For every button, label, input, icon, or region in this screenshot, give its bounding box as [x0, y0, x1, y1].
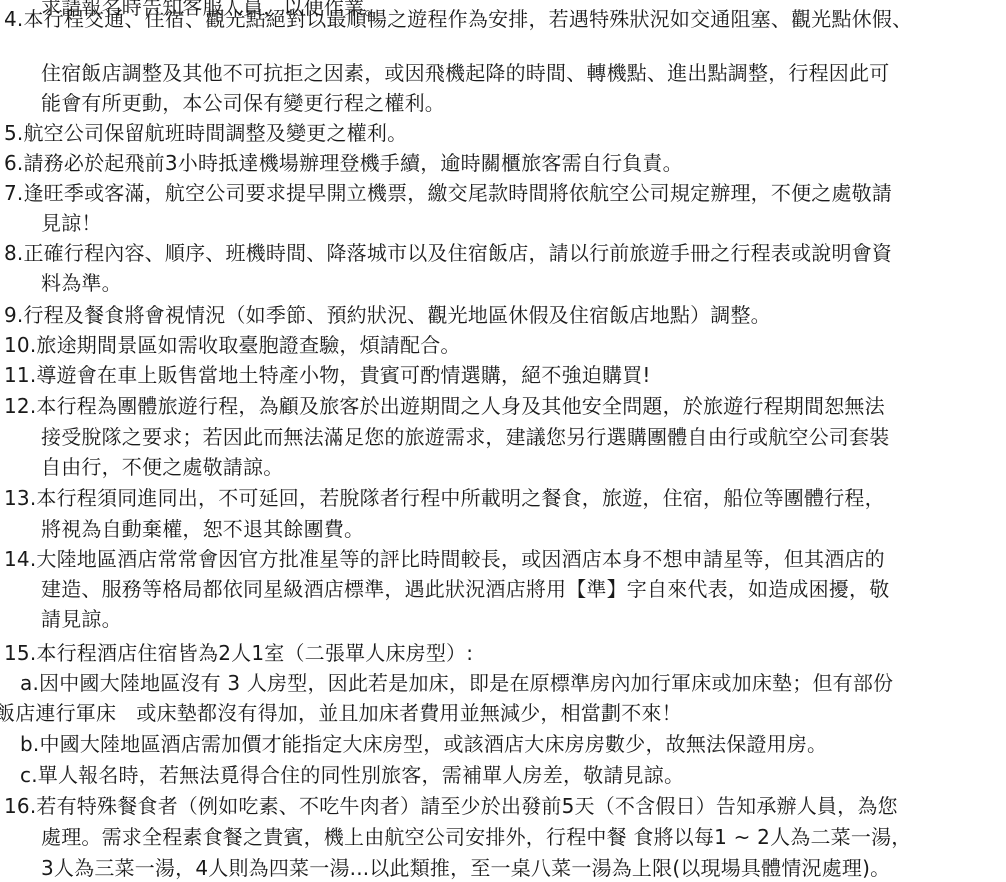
notice-text-line: 7.逢旺季或客滿，航空公司要求提早開立機票，繳交尾款時間將依航空公司規定辦理，不…: [4, 180, 892, 206]
notice-text-line: 11.導遊會在車上販售當地土特產小物，貴賓可酌情選購，絕不強迫購買!: [4, 362, 651, 388]
notice-text-line: 自由行，不便之處敬請諒。: [41, 454, 283, 480]
notice-text-line: 將視為自動棄權，恕不退其餘團費。: [41, 516, 364, 542]
notice-text-line: 6.請務必於起飛前3小時抵達機場辦理登機手續，逾時關櫃旅客需自行負責。: [4, 150, 683, 176]
notice-text-line: 16.若有特殊餐食者（例如吃素、不吃牛肉者）請至少於出發前5天（不含假日）告知承…: [4, 793, 898, 819]
notice-text-line: a.因中國大陸地區沒有 3 人房型，因此若是加床，即是在原標準房內加行軍床或加床…: [20, 670, 893, 696]
notice-text-line: 9.行程及餐食將會視情況（如季節、預約狀況、觀光地區休假及住宿飯店地點）調整。: [4, 302, 771, 328]
notice-text-line: 建造、服務等格局都依同星級酒店標準，遇此狀況酒店將用【準】字自來代表，如造成困擾…: [41, 576, 889, 602]
notice-text-line: 10.旅途期間景區如需收取臺胞證查驗，煩請配合。: [4, 332, 461, 358]
notice-text-line: 請見諒。: [41, 606, 122, 632]
notice-text-line: 3人為三菜一湯，4人則為四菜一湯...以此類推，至一桌八菜一湯為上限(以現場具體…: [41, 855, 890, 881]
notice-text-line: 13.本行程須同進同出，不可延回，若脫隊者行程中所載明之餐食，旅遊，住宿，船位等…: [4, 485, 885, 511]
notice-text-line: 接受脫隊之要求；若因此而無法滿足您的旅遊需求，建議您另行選購團體自由行或航空公司…: [41, 424, 889, 450]
notice-text-line: 12.本行程為團體旅遊行程，為顧及旅客於出遊期間之人身及其他安全問題，於旅遊行程…: [4, 393, 885, 419]
notice-text-line: 飯店連行軍床 或床墊都沒有得加，並且加床者費用並無減少，相當劃不來！: [0, 700, 682, 726]
notice-text-line: 14.大陸地區酒店常常會因官方批准星等的評比時間較長，或因酒店本身不想申請星等，…: [4, 546, 885, 572]
notice-text-line: 15.本行程酒店住宿皆為2人1室（二張單人床房型）:: [4, 640, 473, 666]
notice-text-line: 料為準。: [41, 270, 122, 296]
notice-text-line: 住宿飯店調整及其他不可抗拒之因素，或因飛機起降的時間、轉機點、進出點調整，行程因…: [41, 60, 889, 86]
notice-text-line: 處理。需求全程素食餐之貴賓，機上由航空公司安排外，行程中餐 食將以每1 ~ 2人…: [41, 824, 911, 850]
notice-text-line: b.中國大陸地區酒店需加價才能指定大床房型，或該酒店大床房房數少，故無法保證用房…: [20, 731, 827, 757]
notice-text-line: 8.正確行程內容、順序、班機時間、降落城市以及住宿飯店，請以行前旅遊手冊之行程表…: [4, 240, 892, 266]
notice-text-line: 見諒！: [41, 210, 102, 236]
notice-text-line: c.單人報名時，若無法覓得合住的同性別旅客，需補單人房差，敬請見諒。: [20, 762, 684, 788]
notice-text-line: 5.航空公司保留航班時間調整及變更之權利。: [4, 120, 407, 146]
notice-text-line: 能會有所更動，本公司保有變更行程之權利。: [41, 90, 445, 116]
notice-text-line: 4.本行程交通、住宿、觀光點絕對以最順暢之遊程作為安排，若遇特殊狀況如交通阻塞、…: [4, 6, 912, 32]
